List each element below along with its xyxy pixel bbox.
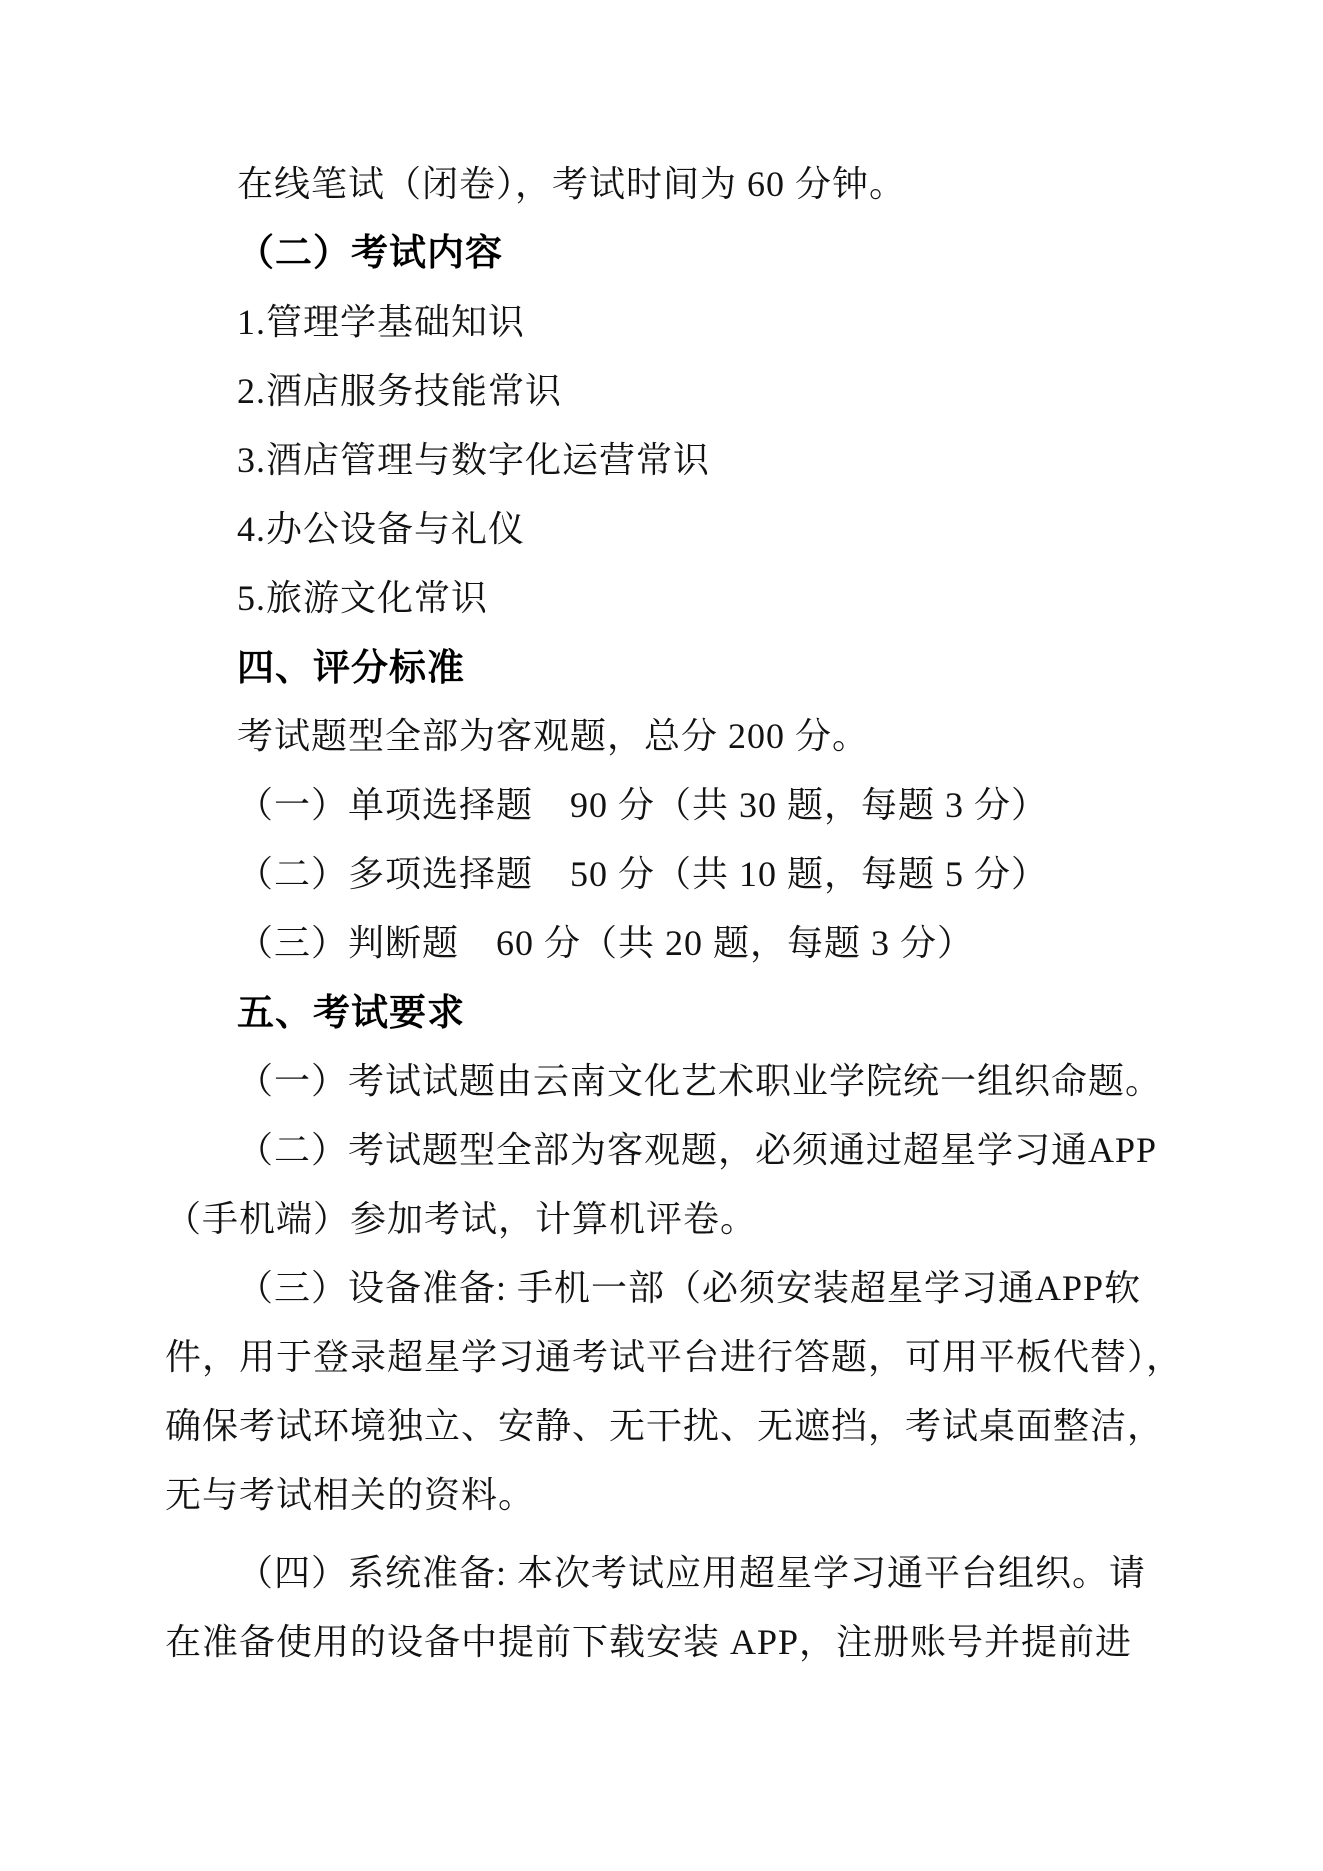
body-line: （一）单项选择题 90 分（共 30 题，每题 3 分） [165,771,1165,840]
body-line: 在准备使用的设备中提前下载安装 APP，注册账号并提前进 [165,1608,1165,1677]
list-item: 1.管理学基础知识 [165,288,1165,357]
body-line: （三）设备准备: 手机一部（必须安装超星学习通APP软 [165,1254,1165,1323]
body-line: （二）多项选择题 50 分（共 10 题，每题 5 分） [165,840,1165,909]
body-line: 件，用于登录超星学习通考试平台进行答题，可用平板代替）， [165,1323,1165,1392]
body-line: 确保考试环境独立、安静、无干扰、无遮挡，考试桌面整洁， [165,1392,1165,1461]
body-line: 无与考试相关的资料。 [165,1461,1165,1530]
document-page: 在线笔试（闭卷），考试时间为 60 分钟。（二）考试内容1.管理学基础知识2.酒… [0,0,1323,1871]
list-item: 5.旅游文化常识 [165,564,1165,633]
sub-heading: （二）考试内容 [165,219,1165,288]
body-line: （一）考试试题由云南文化艺术职业学院统一组织命题。 [165,1047,1165,1116]
body-line: （手机端）参加考试，计算机评卷。 [165,1185,1165,1254]
body-line: 在线笔试（闭卷），考试时间为 60 分钟。 [165,150,1165,219]
section-heading: 四、评分标准 [165,633,1165,702]
body-line: （二）考试题型全部为客观题，必须通过超星学习通APP [165,1116,1165,1185]
document-text-block: 在线笔试（闭卷），考试时间为 60 分钟。（二）考试内容1.管理学基础知识2.酒… [165,150,1165,1677]
list-item: 2.酒店服务技能常识 [165,357,1165,426]
body-line: 考试题型全部为客观题，总分 200 分。 [165,702,1165,771]
body-line: （四）系统准备: 本次考试应用超星学习通平台组织。请 [165,1539,1165,1608]
body-line: （三）判断题 60 分（共 20 题，每题 3 分） [165,909,1165,978]
section-heading: 五、考试要求 [165,978,1165,1047]
list-item: 4.办公设备与礼仪 [165,495,1165,564]
list-item: 3.酒店管理与数字化运营常识 [165,426,1165,495]
